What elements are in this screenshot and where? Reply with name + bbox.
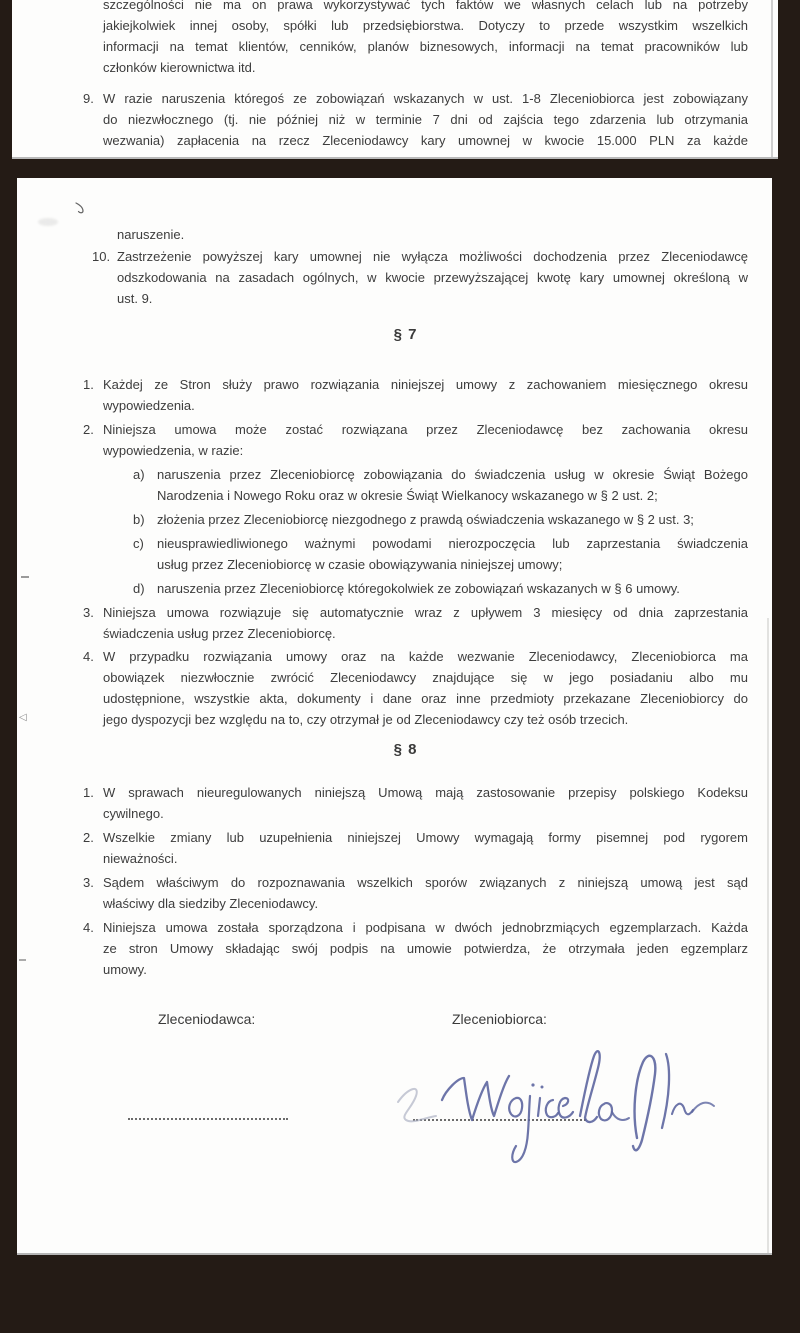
text-line: jakiejkolwiek innej osoby, spółki lub pr… [103,15,748,36]
text-line: wypowiedzenia. [103,395,748,416]
text-line: wypowiedzenia, w razie: [103,440,748,461]
section-7-item-2: 2. Niniejsza umowa może zostać rozwiązan… [103,419,748,461]
clause-item-9: 9. W razie naruszenia któregoś ze zobowi… [103,88,748,151]
section-8-heading: § 8 [83,740,728,760]
text-line: nieważności. [103,848,748,869]
item-number: 3. [83,602,94,623]
item-9-text: W razie naruszenia któregoś ze zobowiąza… [103,88,748,151]
item-text: Każdej ze Stron służy prawo rozwiązania … [103,374,748,416]
item-number: 9. [83,88,94,109]
subitem-letter: d) [133,578,145,599]
item-text: W przypadku rozwiązania umowy oraz na ka… [103,646,748,730]
item-number: 1. [83,374,94,395]
text-line: cywilnego. [103,803,748,824]
text-line: W razie naruszenia któregoś ze zobowiąza… [103,88,748,109]
text-line: właściwy dla siedziby Zleceniodawcy. [103,893,748,914]
subitem-text: naruszenia przez Zleceniobiorcę zobowiąz… [157,464,748,506]
principal-label: Zleceniodawca: [158,1009,255,1029]
item-text: Sądem właściwym do rozpoznawania wszelki… [103,872,748,914]
text-line: obowiązek niezwłocznie zwrócić Zleceniod… [103,667,748,688]
text-line: usług przez Zleceniobiorcę w czasie obow… [157,554,748,575]
item-text: Wszelkie zmiany lub uzupełnienia niniejs… [103,827,748,869]
text-line: informacji na temat klientów, cenników, … [103,36,748,57]
page1-text-column: szczególności nie ma on prawa wykorzysty… [12,0,778,151]
item-number: 4. [83,917,94,938]
subitem-text: złożenia przez Zleceniobiorcę niezgodneg… [157,509,748,530]
text-line: ust. 9. [117,288,748,309]
item-10-text: Zastrzeżenie powyższej kary umownej nie … [117,246,748,309]
item-text: Niniejsza umowa może zostać rozwiązana p… [103,419,748,461]
text-line: Niniejsza umowa może zostać rozwiązana p… [103,419,748,440]
text-line: umowy. [103,959,748,980]
subitem-text: naruszenia przez Zleceniobiorcę któregok… [157,578,748,599]
text-line: Narodzenia i Nowego Roku oraz w okresie … [157,485,748,506]
item-text: W sprawach nieuregulowanych niniejszą Um… [103,782,748,824]
subitem-letter: c) [133,533,144,554]
subitem-letter: b) [133,509,145,530]
section-8-item-2: 2. Wszelkie zmiany lub uzupełnienia nini… [103,827,748,869]
page2-text-column: naruszenie. 10. Zastrzeżenie powyższej k… [17,178,772,980]
text-line: udostępnione, wszystkie akta, dokumenty … [103,688,748,709]
section-7-item-1: 1. Każdej ze Stron służy prawo rozwiązan… [103,374,748,416]
scanned-contract-viewport: szczególności nie ma on prawa wykorzysty… [0,0,800,1333]
section-8-item-4: 4. Niniejsza umowa została sporządzona i… [103,917,748,980]
text-line: ze stron Umowy składając swój podpis na … [103,938,748,959]
text-line: Wszelkie zmiany lub uzupełnienia niniejs… [103,827,748,848]
section-7-item-4: 4. W przypadku rozwiązania umowy oraz na… [103,646,748,730]
section-7-subitem-c: c) nieusprawiedliwionego ważnymi powodam… [103,533,748,575]
item-number: 4. [83,646,94,667]
text-line: naruszenia przez Zleceniobiorcę któregok… [157,578,748,599]
subitem-text: nieusprawiedliwionego ważnymi powodami n… [157,533,748,575]
section-8-item-3: 3. Sądem właściwym do rozpoznawania wsze… [103,872,748,914]
text-line: Każdej ze Stron służy prawo rozwiązania … [103,374,748,395]
item-9-continuation-line: naruszenie. [103,224,748,245]
text-line: jego dyspozycji bez względu na to, czy o… [103,709,748,730]
text-line: do niezwłocznego (tj. nie później niż w … [103,109,748,130]
text-line: Sądem właściwym do rozpoznawania wszelki… [103,872,748,893]
text-line: odszkodowania na zasadach ogólnych, w kw… [117,267,748,288]
section-7-subitem-a: a) naruszenia przez Zleceniobiorcę zobow… [103,464,748,506]
text-line: wezwania) zapłacenia na rzecz Zlecenioda… [103,130,748,151]
text-line: Niniejsza umowa rozwiązuje się automatyc… [103,602,748,623]
text-line: nieusprawiedliwionego ważnymi powodami n… [157,533,748,554]
subitem-letter: a) [133,464,145,485]
text-line: Zastrzeżenie powyższej kary umownej nie … [117,246,748,267]
section-7-subitem-d: d) naruszenia przez Zleceniobiorcę które… [103,578,748,599]
text-line: Niniejsza umowa została sporządzona i po… [103,917,748,938]
section-7-subitem-b: b) złożenia przez Zleceniobiorcę niezgod… [103,509,748,530]
text-line: świadczenia usług przez Zleceniobiorcę. [103,623,748,644]
section-7-item-3: 3. Niniejsza umowa rozwiązuje się automa… [103,602,748,644]
text-line: W sprawach nieuregulowanych niniejszą Um… [103,782,748,803]
contract-page-1-fragment: szczególności nie ma on prawa wykorzysty… [12,0,778,159]
item-number: 3. [83,872,94,893]
item-text: Niniejsza umowa została sporządzona i po… [103,917,748,980]
item-number: 10. [92,246,110,267]
item-text: Niniejsza umowa rozwiązuje się automatyc… [103,602,748,644]
contractor-label: Zleceniobiorca: [452,1009,547,1029]
item-number: 2. [83,827,94,848]
text-line: naruszenia przez Zleceniobiorcę zobowiąz… [157,464,748,485]
text-line: członków kierownictwa itd. [103,57,748,78]
item-number: 2. [83,419,94,440]
section-8-item-1: 1. W sprawach nieuregulowanych niniejszą… [103,782,748,824]
section-7-heading: § 7 [83,325,728,345]
principal-signature-line [128,1118,288,1120]
contract-page-2: ◁ naruszenie. 10. Zastrzeżenie powyższej… [17,178,772,1255]
item-number: 1. [83,782,94,803]
text-line: złożenia przez Zleceniobiorcę niezgodneg… [157,509,748,530]
clause-item-10: 10. Zastrzeżenie powyższej kary umownej … [103,246,748,309]
handwritten-signature [390,1040,720,1180]
clause-paragraph-8-continuation: szczególności nie ma on prawa wykorzysty… [103,0,748,78]
text-line: W przypadku rozwiązania umowy oraz na ka… [103,646,748,667]
text-line: szczególności nie ma on prawa wykorzysty… [103,0,748,15]
